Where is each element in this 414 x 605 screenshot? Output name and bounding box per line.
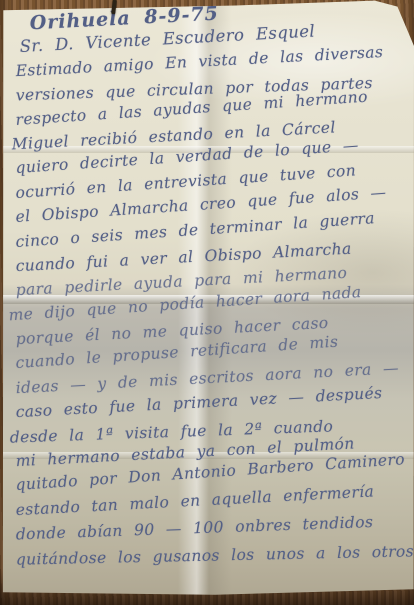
letter-content: Orihuela 8-9-75 Sr. D. Vicente Escudero … <box>0 14 414 575</box>
letter-photo: Orihuela 8-9-75 Sr. D. Vicente Escudero … <box>0 0 414 605</box>
letter-paper: Orihuela 8-9-75 Sr. D. Vicente Escudero … <box>0 0 414 605</box>
